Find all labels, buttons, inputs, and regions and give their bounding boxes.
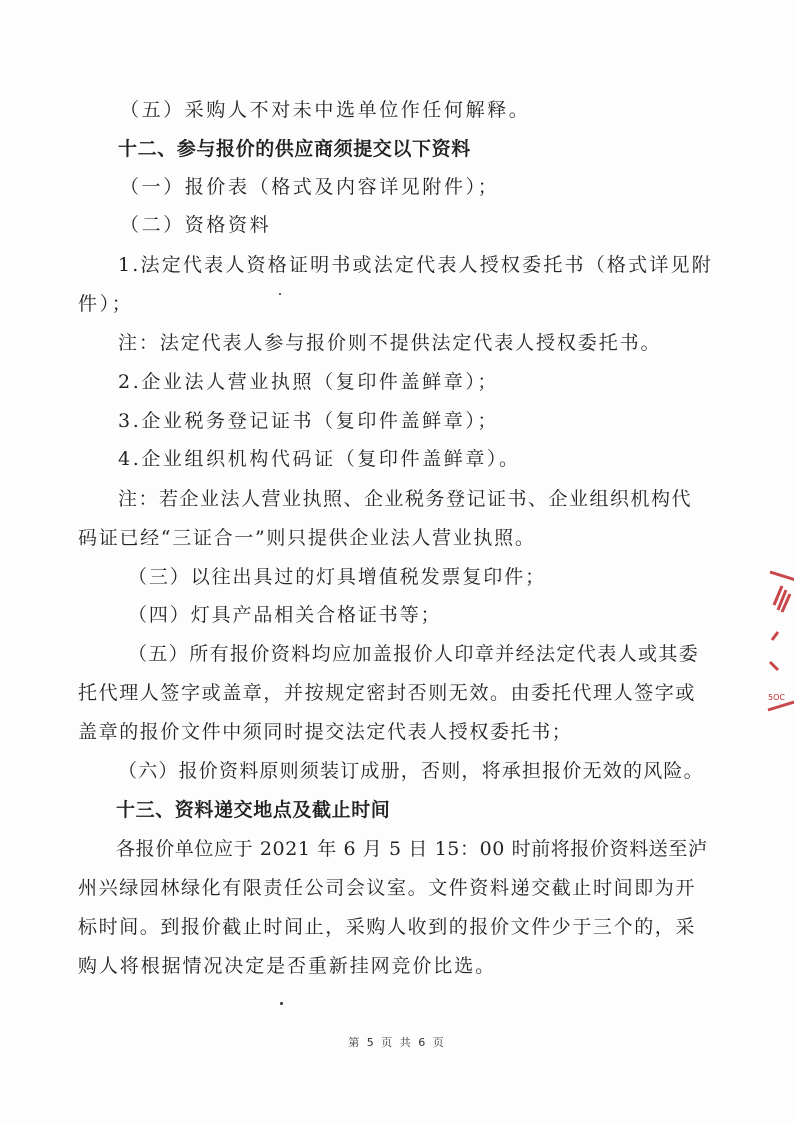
paragraph-line: 3.企业税务登记证书（复印件盖鲜章）；	[118, 409, 499, 433]
paragraph-line: 各报价单位应于 2021 年 6 月 5 日 15：00 时前将报价资料送至泸	[116, 837, 708, 861]
paragraph-line: 件）；	[78, 292, 133, 316]
scan-speck	[279, 293, 281, 295]
paragraph-line: 购人将根据情况决定是否重新挂网竞价比选。	[78, 954, 496, 978]
paragraph-line: 码证已经“三证合一”则只提供企业法人营业执照。	[78, 526, 536, 550]
paragraph-line: 2.企业法人营业执照（复印件盖鲜章）；	[118, 370, 499, 394]
paragraph-line: （三）以往出具过的灯具增值税发票复印件；	[128, 565, 546, 589]
paragraph-line: 托代理人签字或盖章，并按规定密封否则无效。由委托代理人签字或	[78, 681, 696, 705]
paragraph-line: 标时间。到报价截止时间止，采购人收到的报价文件少于三个的，采	[78, 915, 696, 939]
paragraph-line: （六）报价资料原则须装订成册，否则，将承担报价无效的风险。	[118, 759, 704, 783]
paragraph-line: 注：法定代表人参与报价则不提供法定代表人授权委托书。	[118, 331, 661, 355]
document-page: （五）采购人不对未中选单位作任何解释。 十二、参与报价的供应商须提交以下资料 （…	[0, 0, 794, 1123]
section-heading-12: 十二、参与报价的供应商须提交以下资料	[118, 137, 471, 161]
red-seal-stamp-fragment: 5OC	[760, 550, 794, 720]
paragraph-line: 1.法定代表人资格证明书或法定代表人授权委托书（格式详见附	[118, 253, 713, 277]
paragraph-line: （五）所有报价资料均应加盖报价人印章并经法定代表人或其委	[128, 642, 699, 666]
paragraph-line: （五）采购人不对未中选单位作任何解释。	[120, 98, 530, 122]
paragraph-line: （一）报价表（格式及内容详见附件）；	[120, 175, 499, 199]
paragraph-line: 州兴绿园林绿化有限责任公司会议室。文件资料递交截止时间即为开	[78, 876, 696, 900]
paragraph-line: （二）资格资料	[120, 213, 271, 237]
paragraph-line: 注：若企业法人营业执照、企业税务登记证书、企业组织机构代	[118, 487, 692, 511]
paragraph-line: 4.企业组织机构代码证（复印件盖鲜章）。	[118, 447, 521, 471]
paragraph-line: 盖章的报价文件中须同时提交法定代表人授权委托书；	[78, 720, 572, 744]
page-number-footer: 第 5 页 共 6 页	[0, 1034, 794, 1050]
svg-text:5OC: 5OC	[768, 693, 785, 702]
scan-speck	[280, 1002, 283, 1005]
paragraph-line: （四）灯具产品相关合格证书等；	[128, 603, 442, 627]
section-heading-13: 十三、资料递交地点及截止时间	[116, 798, 390, 822]
